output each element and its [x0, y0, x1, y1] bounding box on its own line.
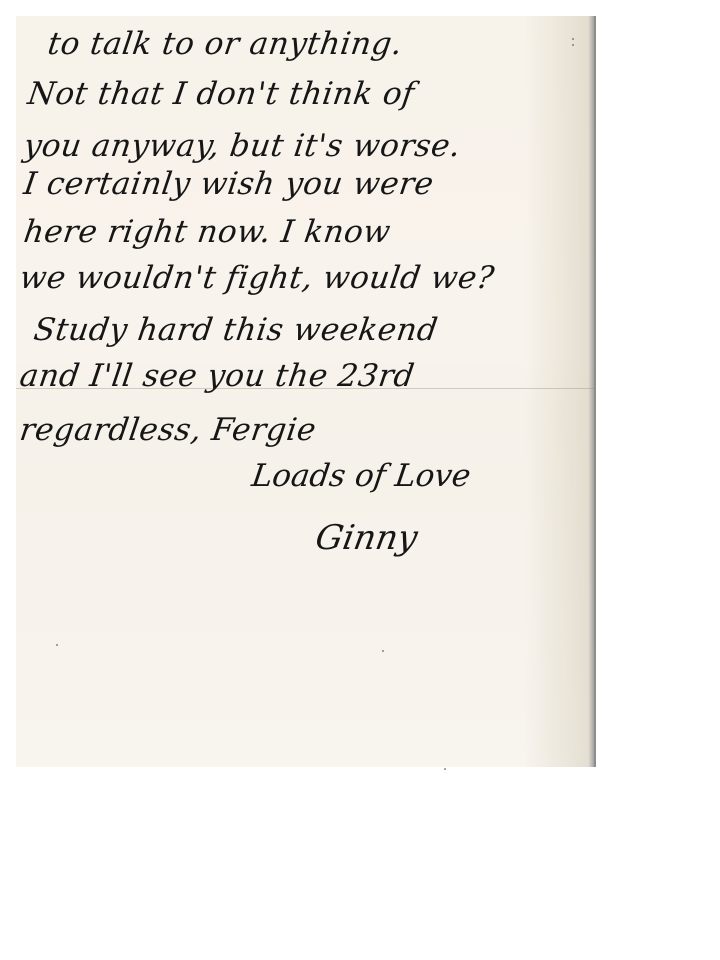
letter-line-2: Not that I don't think of: [25, 76, 416, 112]
letter-line-3: you anyway, but it's worse.: [21, 128, 463, 164]
paper-speck: [56, 644, 58, 646]
letter-line-9: regardless, Fergie: [17, 412, 318, 448]
letter-content: to talk to or anything. Not that I don't…: [16, 16, 594, 767]
paper-speck: [572, 38, 574, 40]
paper-speck: [444, 768, 446, 770]
letter-closing: Loads of Love: [249, 458, 473, 494]
letter-line-6: we wouldn't fight, would we?: [17, 260, 496, 296]
letter-signature: Ginny: [312, 518, 420, 558]
paper-speck: [382, 650, 384, 652]
letter-line-5: here right now. I know: [21, 214, 392, 250]
letter-line-8: and I'll see you the 23rd: [17, 358, 416, 394]
paper-speck: [572, 44, 574, 46]
letter-line-7: Study hard this weekend: [31, 312, 440, 348]
letter-paper: to talk to or anything. Not that I don't…: [16, 16, 596, 767]
letter-line-1: to talk to or anything.: [45, 26, 404, 62]
letter-line-4: I certainly wish you were: [21, 166, 436, 202]
